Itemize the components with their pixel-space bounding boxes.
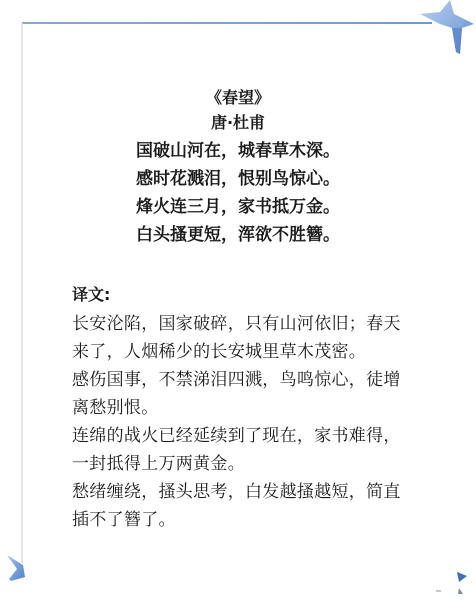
poem-line: 国破山河在，城春草木深。 <box>0 137 476 165</box>
page-frame-top-border <box>22 22 432 24</box>
translation-paragraph: 连绵的战火已经延续到了现在，家书难得，一封抵得上万两黄金。 <box>72 422 412 478</box>
poem-line: 烽火连三月，家书抵万金。 <box>0 193 476 221</box>
translation-paragraph: 感伤国事，不禁涕泪四溅，鸟鸣惊心，徒增离愁别恨。 <box>72 366 412 422</box>
star-decoration-icon <box>418 0 476 56</box>
translation-paragraph: 愁绪缠绕，搔头思考，白发越搔越短，简直插不了簪了。 <box>72 478 412 534</box>
star-decoration-icon <box>5 553 27 583</box>
poem-line: 白头搔更短，浑欲不胜簪。 <box>0 221 476 249</box>
poem-line: 感时花溅泪，恨别鸟惊心。 <box>0 165 476 193</box>
poem-title: 《春望》 <box>0 86 476 111</box>
translation-block: 译文: 长安沦陷，国家破碎，只有山河依旧；春天来了，人烟稀少的长安城里草木茂密。… <box>72 284 412 534</box>
poem-block: 《春望》 唐·杜甫 国破山河在，城春草木深。 感时花溅泪，恨别鸟惊心。 烽火连三… <box>0 86 476 249</box>
star-decoration-icon <box>455 570 469 596</box>
decorative-mark <box>436 590 441 592</box>
poem-author: 唐·杜甫 <box>0 111 476 137</box>
translation-paragraph: 长安沦陷，国家破碎，只有山河依旧；春天来了，人烟稀少的长安城里草木茂密。 <box>72 310 412 366</box>
translation-heading: 译文: <box>72 284 412 310</box>
